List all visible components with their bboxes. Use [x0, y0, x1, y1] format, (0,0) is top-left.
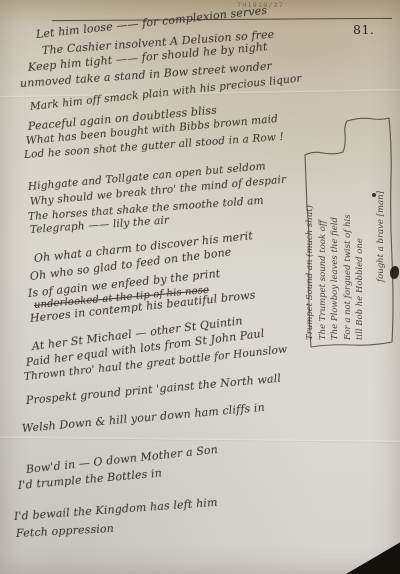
manuscript-line: I'd bewail the Kingdom has left him	[14, 496, 218, 523]
margin-note-line: till Bob he Hobbled one	[354, 124, 367, 340]
margin-note-line: fought a brave [man]	[375, 124, 388, 340]
manuscript-photo: TH1918/27 81. Let him loose —— for compl…	[0, 0, 400, 574]
manuscript-line: Welsh Down & hill your down ham cliffs i…	[21, 401, 265, 435]
ink-dot	[372, 193, 376, 197]
margin-note-line: The Plowboy leaves the field	[329, 124, 342, 340]
manuscript-line: Fetch oppression	[16, 522, 115, 540]
margin-note-line: The Trumpet sound took off	[317, 124, 330, 340]
margin-note: Trumpet Sound an (much shut)The Trumpet …	[304, 124, 388, 340]
margin-note-line: For a not forgued twist of his	[342, 124, 355, 340]
margin-note-line: Trumpet Sound an (much shut)	[304, 124, 317, 340]
